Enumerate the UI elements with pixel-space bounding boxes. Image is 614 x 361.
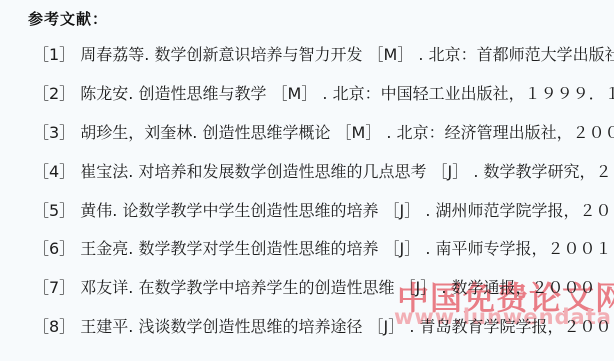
reference-item: ［6］ 王金亮. 数学教学对学生创造性思维的培养 ［J］ . 南平师专学报，２０… <box>33 239 614 278</box>
reference-item: ［4］ 崔宝法. 对培养和发展数学创造性思维的几点思考 ［J］ . 数学教学研究… <box>33 162 614 201</box>
page-title: 参考文献： <box>28 8 108 29</box>
reference-item: ［2］ 陈龙安. 创造性思维与教学 ［M］ . 北京：中国轻工业出版社，１９９９… <box>33 84 614 123</box>
reference-item: ［7］ 邓友详. 在数学教学中培养学生的创造性思维 ［J］ . 数学通报，２００… <box>33 278 614 317</box>
reference-item: ［1］ 周春荔等. 数学创新意识培养与智力开发 ［M］ . 北京：首都师范大学出… <box>33 45 614 84</box>
reference-list: ［1］ 周春荔等. 数学创新意识培养与智力开发 ［M］ . 北京：首都师范大学出… <box>33 45 614 356</box>
reference-item: ［5］ 黄伟. 论数学教学中学生创造性思维的培养 ［J］ . 湖州师范学院学报，… <box>33 201 614 240</box>
reference-item: ［8］ 王建平. 浅谈数学创造性思维的培养途径 ［J］ . 青岛教育学院学报，２… <box>33 317 614 356</box>
reference-item: ［3］ 胡珍生，刘奎林. 创造性思维学概论 ［M］ . 北京：经济管理出版社，２… <box>33 123 614 162</box>
